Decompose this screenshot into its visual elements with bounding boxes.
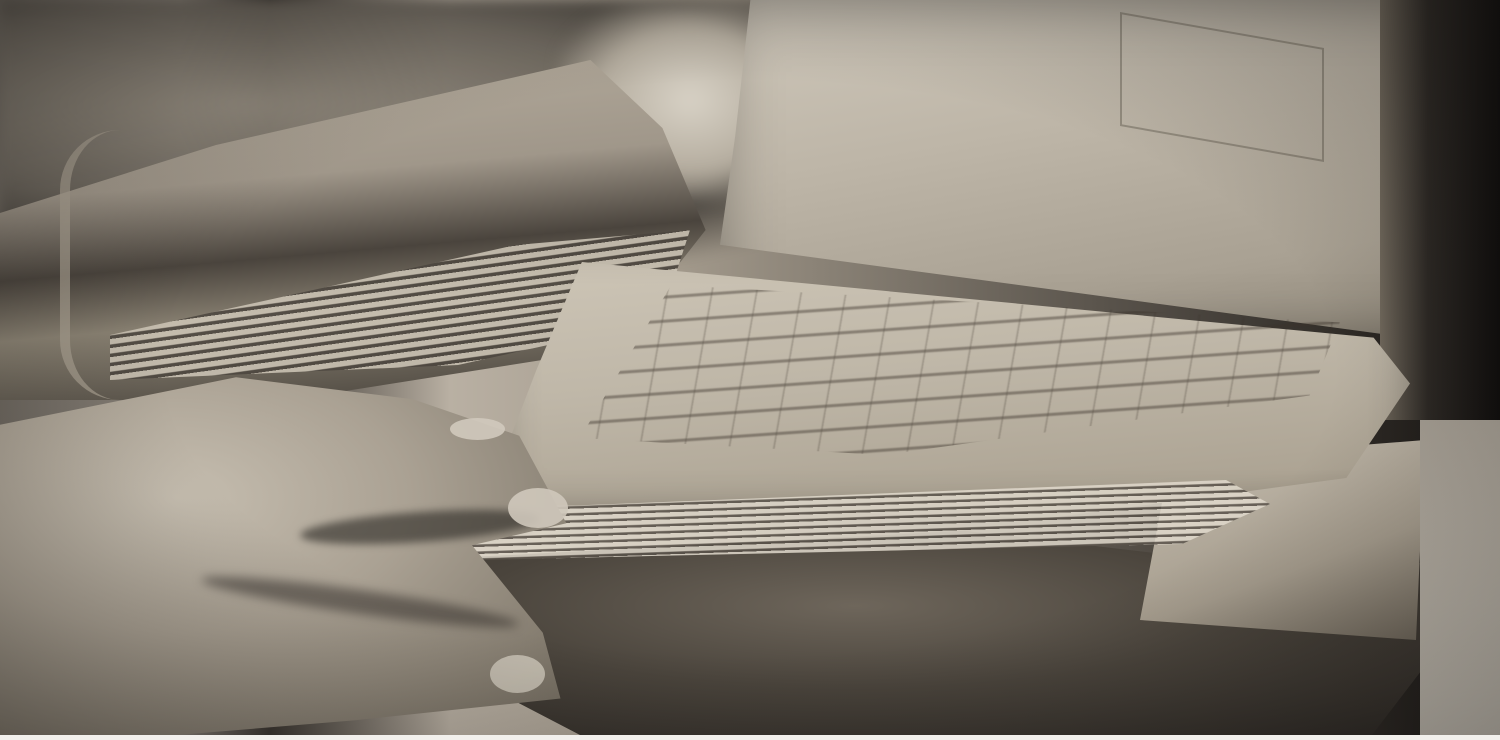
bottom-border	[0, 735, 1500, 740]
manuscript-photograph	[0, 0, 1500, 735]
vignette-overlay	[0, 0, 1500, 735]
